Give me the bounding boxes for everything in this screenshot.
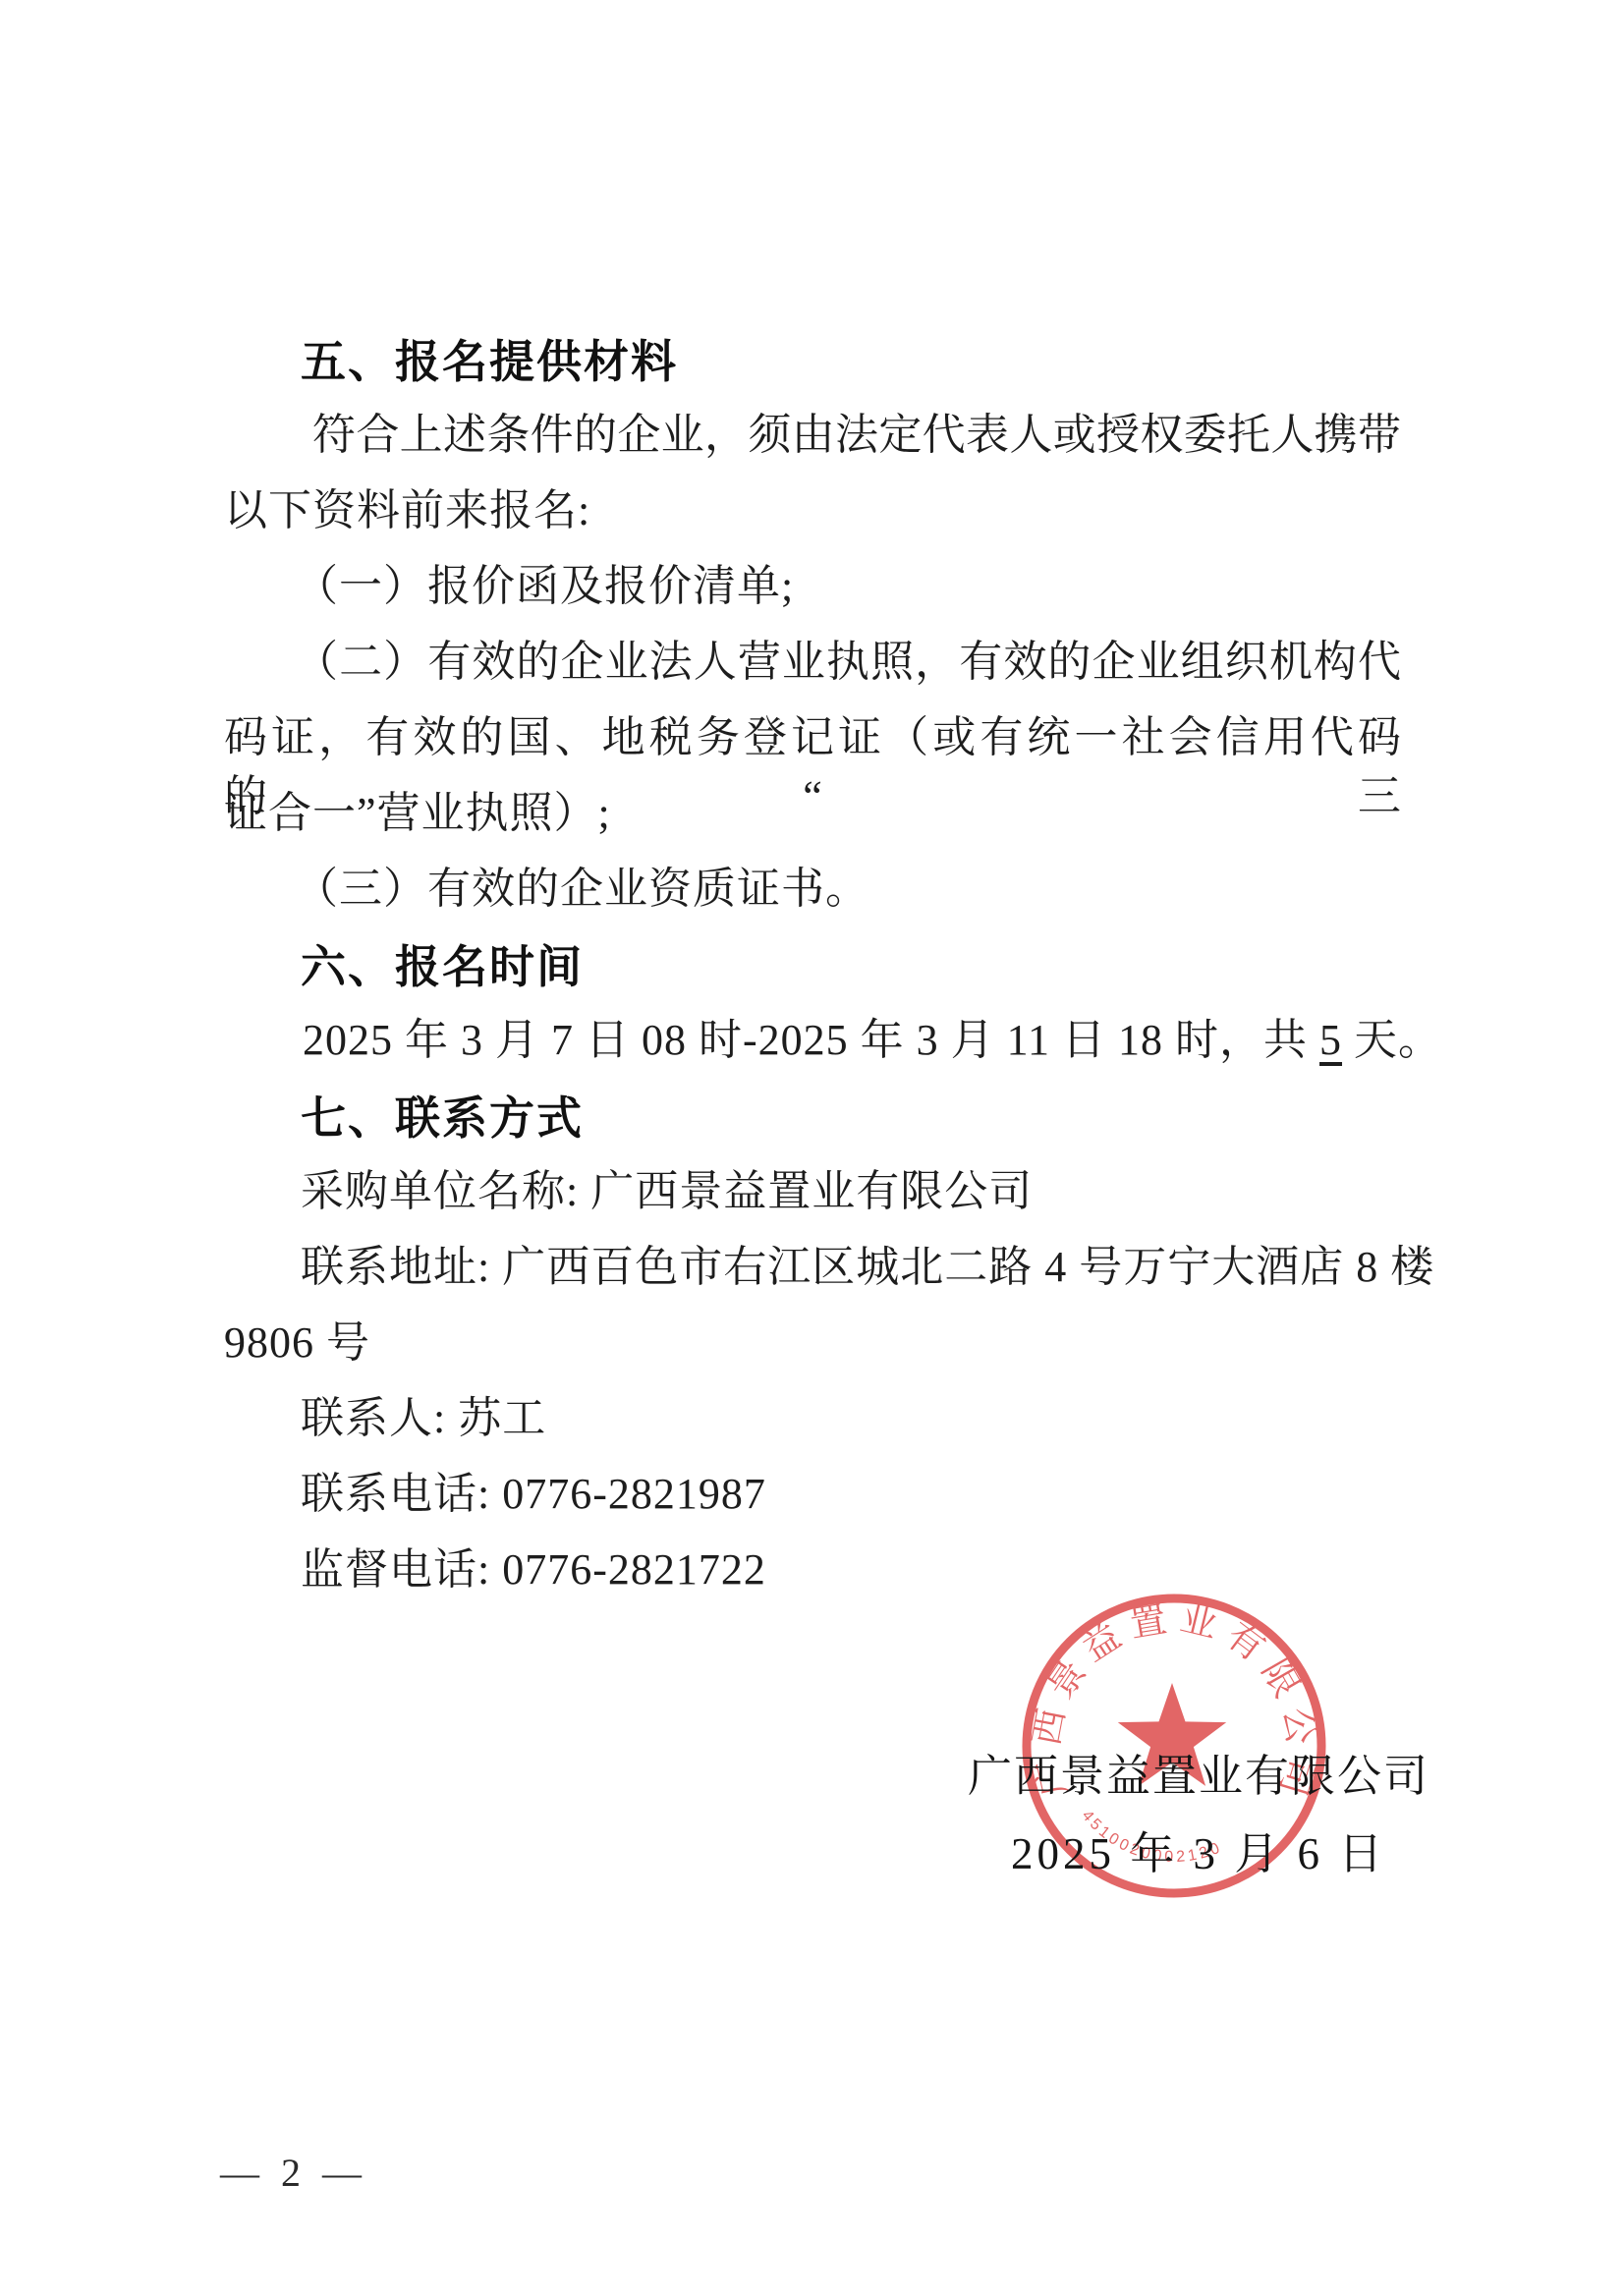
document-page: 五、报名提供材料 符合上述条件的企业，须由法定代表人或授权委托人携带 以下资料前… bbox=[0, 0, 1624, 2295]
days-count: 5 bbox=[1319, 1016, 1342, 1064]
section5-paragraph-line2: 以下资料前来报名: bbox=[224, 481, 590, 540]
supervision-phone-line: 监督电话: 0776-2821722 bbox=[301, 1540, 766, 1599]
contact-address-line1: 联系地址: 广西百色市右江区城北二路 4 号万宁大酒店 8 楼 bbox=[301, 1238, 1434, 1297]
list-item-2-line3: 证合一”营业执照）; bbox=[224, 784, 611, 843]
section7-heading: 七、联系方式 bbox=[301, 1089, 584, 1147]
contact-person-line: 联系人: 苏工 bbox=[301, 1389, 546, 1448]
list-item-2-line1: （二）有效的企业法人营业执照，有效的企业组织机构代 bbox=[295, 633, 1401, 692]
signature-date: 2025 年 3 月 6 日 bbox=[1011, 1824, 1386, 1883]
time-suffix: 天。 bbox=[1342, 1016, 1442, 1064]
list-item-3: （三）有效的企业资质证书。 bbox=[295, 860, 869, 919]
signature-company: 广西景益置业有限公司 bbox=[968, 1747, 1429, 1806]
section5-paragraph-line1: 符合上述条件的企业，须由法定代表人或授权委托人携带 bbox=[312, 406, 1401, 465]
purchaser-name-line: 采购单位名称: 广西景益置业有限公司 bbox=[301, 1162, 1033, 1221]
section5-heading: 五、报名提供材料 bbox=[301, 332, 678, 391]
time-prefix: 2025 年 3 月 7 日 08 时-2025 年 3 月 11 日 18 时… bbox=[303, 1016, 1319, 1064]
list-item-1: （一）报价函及报价清单; bbox=[295, 557, 794, 616]
page-number: — 2 — bbox=[220, 2150, 367, 2196]
section6-heading: 六、报名时间 bbox=[301, 937, 584, 996]
registration-time-line: 2025 年 3 月 7 日 08 时-2025 年 3 月 11 日 18 时… bbox=[303, 1011, 1442, 1070]
contact-phone-line: 联系电话: 0776-2821987 bbox=[301, 1465, 766, 1524]
contact-address-line2: 9806 号 bbox=[224, 1314, 370, 1372]
